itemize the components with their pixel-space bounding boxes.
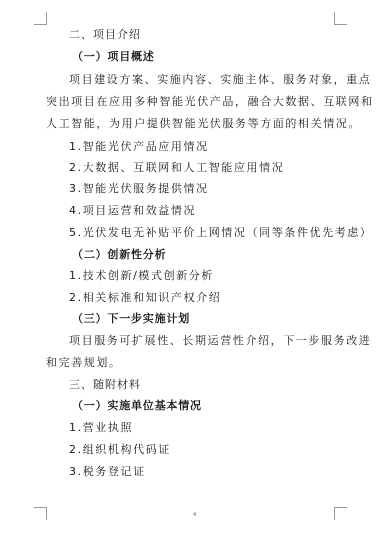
paragraph-line: 项目服务可扩展性、长期运营性介绍，下一步服务改进	[69, 334, 371, 348]
subsection-heading: （三）下一步实施计划	[72, 312, 190, 326]
list-item: 2.大数据、互联网和人工智能应用情况	[69, 161, 284, 175]
subsection-heading: （一）实施单位基本情况	[72, 399, 202, 413]
paragraph-line: 项目建设方案、实施内容、实施主体、服务对象，重点	[69, 73, 371, 87]
page-number: 4	[193, 512, 196, 518]
subsection-heading: （一）项目概述	[72, 50, 155, 64]
corner-mark-top-right	[334, 12, 347, 25]
list-item: 2.相关标准和知识产权介绍	[69, 291, 221, 305]
paragraph-line: 突出项目在应用多种智能光伏产品，融合大数据、互联网和	[46, 95, 374, 109]
list-item: 1.营业执照	[69, 421, 133, 435]
list-item: 1.技术创新/模式创新分析	[69, 269, 214, 283]
list-item: 1.智能光伏产品应用情况	[69, 140, 209, 154]
section-heading: 二、项目介绍	[69, 28, 141, 42]
paragraph-line: 人工智能，为用户提供智能光伏服务等方面的相关情况。	[46, 117, 361, 131]
subsection-heading: （二）创新性分析	[72, 248, 166, 262]
list-item: 2.组织机构代码证	[69, 443, 171, 457]
corner-mark-bottom-right	[334, 507, 347, 520]
list-item: 5.光伏发电无补贴平价上网情况（同等条件优先考虑）	[69, 226, 373, 240]
corner-mark-bottom-left	[34, 507, 47, 520]
list-item: 3.智能光伏服务提供情况	[69, 182, 209, 196]
corner-mark-top-left	[34, 12, 47, 25]
list-item: 4.项目运营和效益情况	[69, 204, 196, 218]
paragraph-line: 和完善规划。	[46, 356, 122, 370]
list-item: 3.税务登记证	[69, 465, 146, 479]
section-heading: 三、随附材料	[69, 378, 141, 392]
